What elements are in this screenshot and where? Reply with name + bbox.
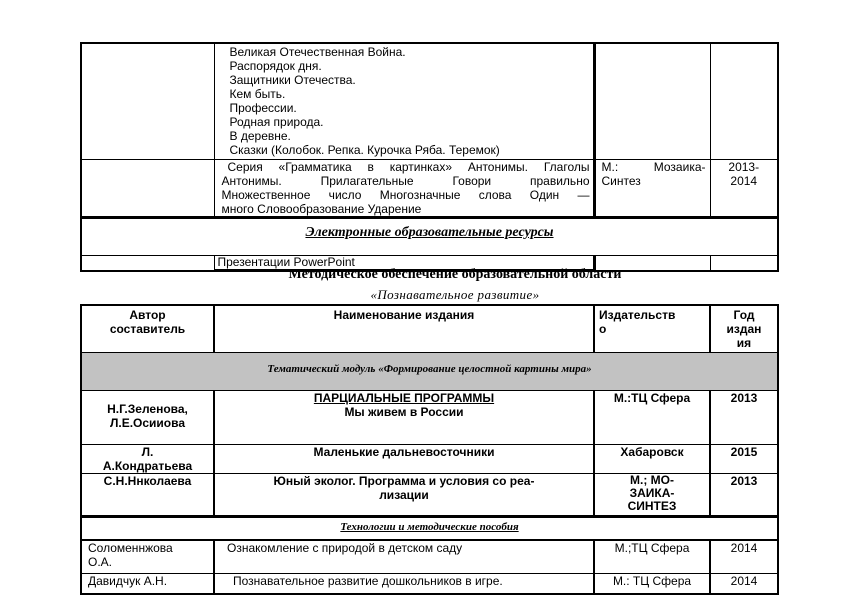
section-title: Методическое обеспечение образовательной… xyxy=(80,266,830,283)
author-cell: С.Н.Ннколаева xyxy=(81,474,214,517)
table-row: Электронные образовательные ресурсы xyxy=(81,218,778,256)
title-cell: Познавательное развитие дошкольников в и… xyxy=(214,574,594,595)
series-line: много Словообразование Ударение xyxy=(222,202,590,216)
header-title: Наименование издания xyxy=(214,305,594,353)
publisher-line: М.: Мозаика- xyxy=(602,160,706,174)
title-cell: ПАРЦИАЛЬНЫЕ ПРОГРАММЫ Мы живем в России xyxy=(214,391,594,445)
table-row: Л. А.Кондратьева Маленькие дальневосточн… xyxy=(81,445,778,474)
author-cell: Давидчук А.Н. xyxy=(81,574,214,595)
series-line: Множественное число Многозначные слова О… xyxy=(222,188,590,202)
series-line: Серия «Грамматика в картинках» Антонимы.… xyxy=(222,160,590,174)
author-cell-empty xyxy=(81,43,214,160)
header-publisher: Издательств о xyxy=(594,305,710,353)
table-row: Н.Г.Зеленова, Л.Е.Осииова ПАРЦИАЛЬНЫЕ ПР… xyxy=(81,391,778,445)
year-cell: 2013 xyxy=(710,391,778,445)
technologies-header: Технологии и методические пособия xyxy=(81,517,778,541)
title-main: ПАРЦИАЛЬНЫЕ ПРОГРАММЫ xyxy=(219,391,589,405)
header-author: Автор составитель xyxy=(81,305,214,353)
title-sub: Мы живем в России xyxy=(219,405,589,419)
publisher-cell: М.: ТЦ Сфера xyxy=(594,574,710,595)
author-cell: Соломеннжова О.А. xyxy=(81,540,214,574)
series-title-cell: Серия «Грамматика в картинках» Антонимы.… xyxy=(214,160,594,218)
title-cell: Маленькие дальневосточники xyxy=(214,445,594,474)
table-row: Серия «Грамматика в картинках» Антонимы.… xyxy=(81,160,778,218)
publisher-cell: М.; МО- ЗАИКА- СИНТЕЗ xyxy=(594,474,710,517)
year-cell: 2014 xyxy=(710,574,778,595)
table-row: Соломеннжова О.А. Ознакомление с природо… xyxy=(81,540,778,574)
header-year: Год издан ия xyxy=(710,305,778,353)
document-page: Великая Отечественная Война. Распорядок … xyxy=(0,0,842,595)
table-row: С.Н.Ннколаева Юный эколог. Программа и у… xyxy=(81,474,778,517)
year-cell-empty xyxy=(710,43,778,160)
publisher-line: Синтез xyxy=(602,174,706,188)
table-row: Великая Отечественная Война. Распорядок … xyxy=(81,43,778,160)
title-cell: Юный эколог. Программа и условия со реа-… xyxy=(214,474,594,517)
year-cell: 2014 xyxy=(710,540,778,574)
table-header-row: Автор составитель Наименование издания И… xyxy=(81,305,778,353)
year-cell: 2015 xyxy=(710,445,778,474)
section-subtitle: «Познавательное развитие» xyxy=(80,287,830,302)
publisher-cell: М.:ТЦ Сфера xyxy=(594,391,710,445)
table-row: Тематический модуль «Формирование целост… xyxy=(81,353,778,391)
electronic-resources-header: Электронные образовательные ресурсы xyxy=(81,218,778,256)
publisher-cell: М.: Мозаика- Синтез xyxy=(594,160,710,218)
series-line: Антонимы. Прилагательные Говори правильн… xyxy=(222,174,590,188)
publisher-cell: Хабаровск xyxy=(594,445,710,474)
topics-list-cell: Великая Отечественная Война. Распорядок … xyxy=(214,43,594,160)
table-row: Давидчук А.Н. Познавательное развитие до… xyxy=(81,574,778,595)
methodical-support-table: Автор составитель Наименование издания И… xyxy=(80,304,779,595)
publications-table: Великая Отечественная Война. Распорядок … xyxy=(80,42,779,272)
module-header: Тематический модуль «Формирование целост… xyxy=(81,353,778,391)
publisher-cell-empty xyxy=(594,43,710,160)
publisher-cell: М.;ТЦ Сфера xyxy=(594,540,710,574)
author-cell: Н.Г.Зеленова, Л.Е.Осииова xyxy=(81,391,214,445)
year-cell: 2013 xyxy=(710,474,778,517)
author-cell-empty xyxy=(81,160,214,218)
table-row: Технологии и методические пособия xyxy=(81,517,778,541)
title-cell: Ознакомление с природой в детском саду xyxy=(214,540,594,574)
year-cell: 2013- 2014 xyxy=(710,160,778,218)
section-heading: Методическое обеспечение образовательной… xyxy=(80,266,830,302)
author-cell: Л. А.Кондратьева xyxy=(81,445,214,474)
